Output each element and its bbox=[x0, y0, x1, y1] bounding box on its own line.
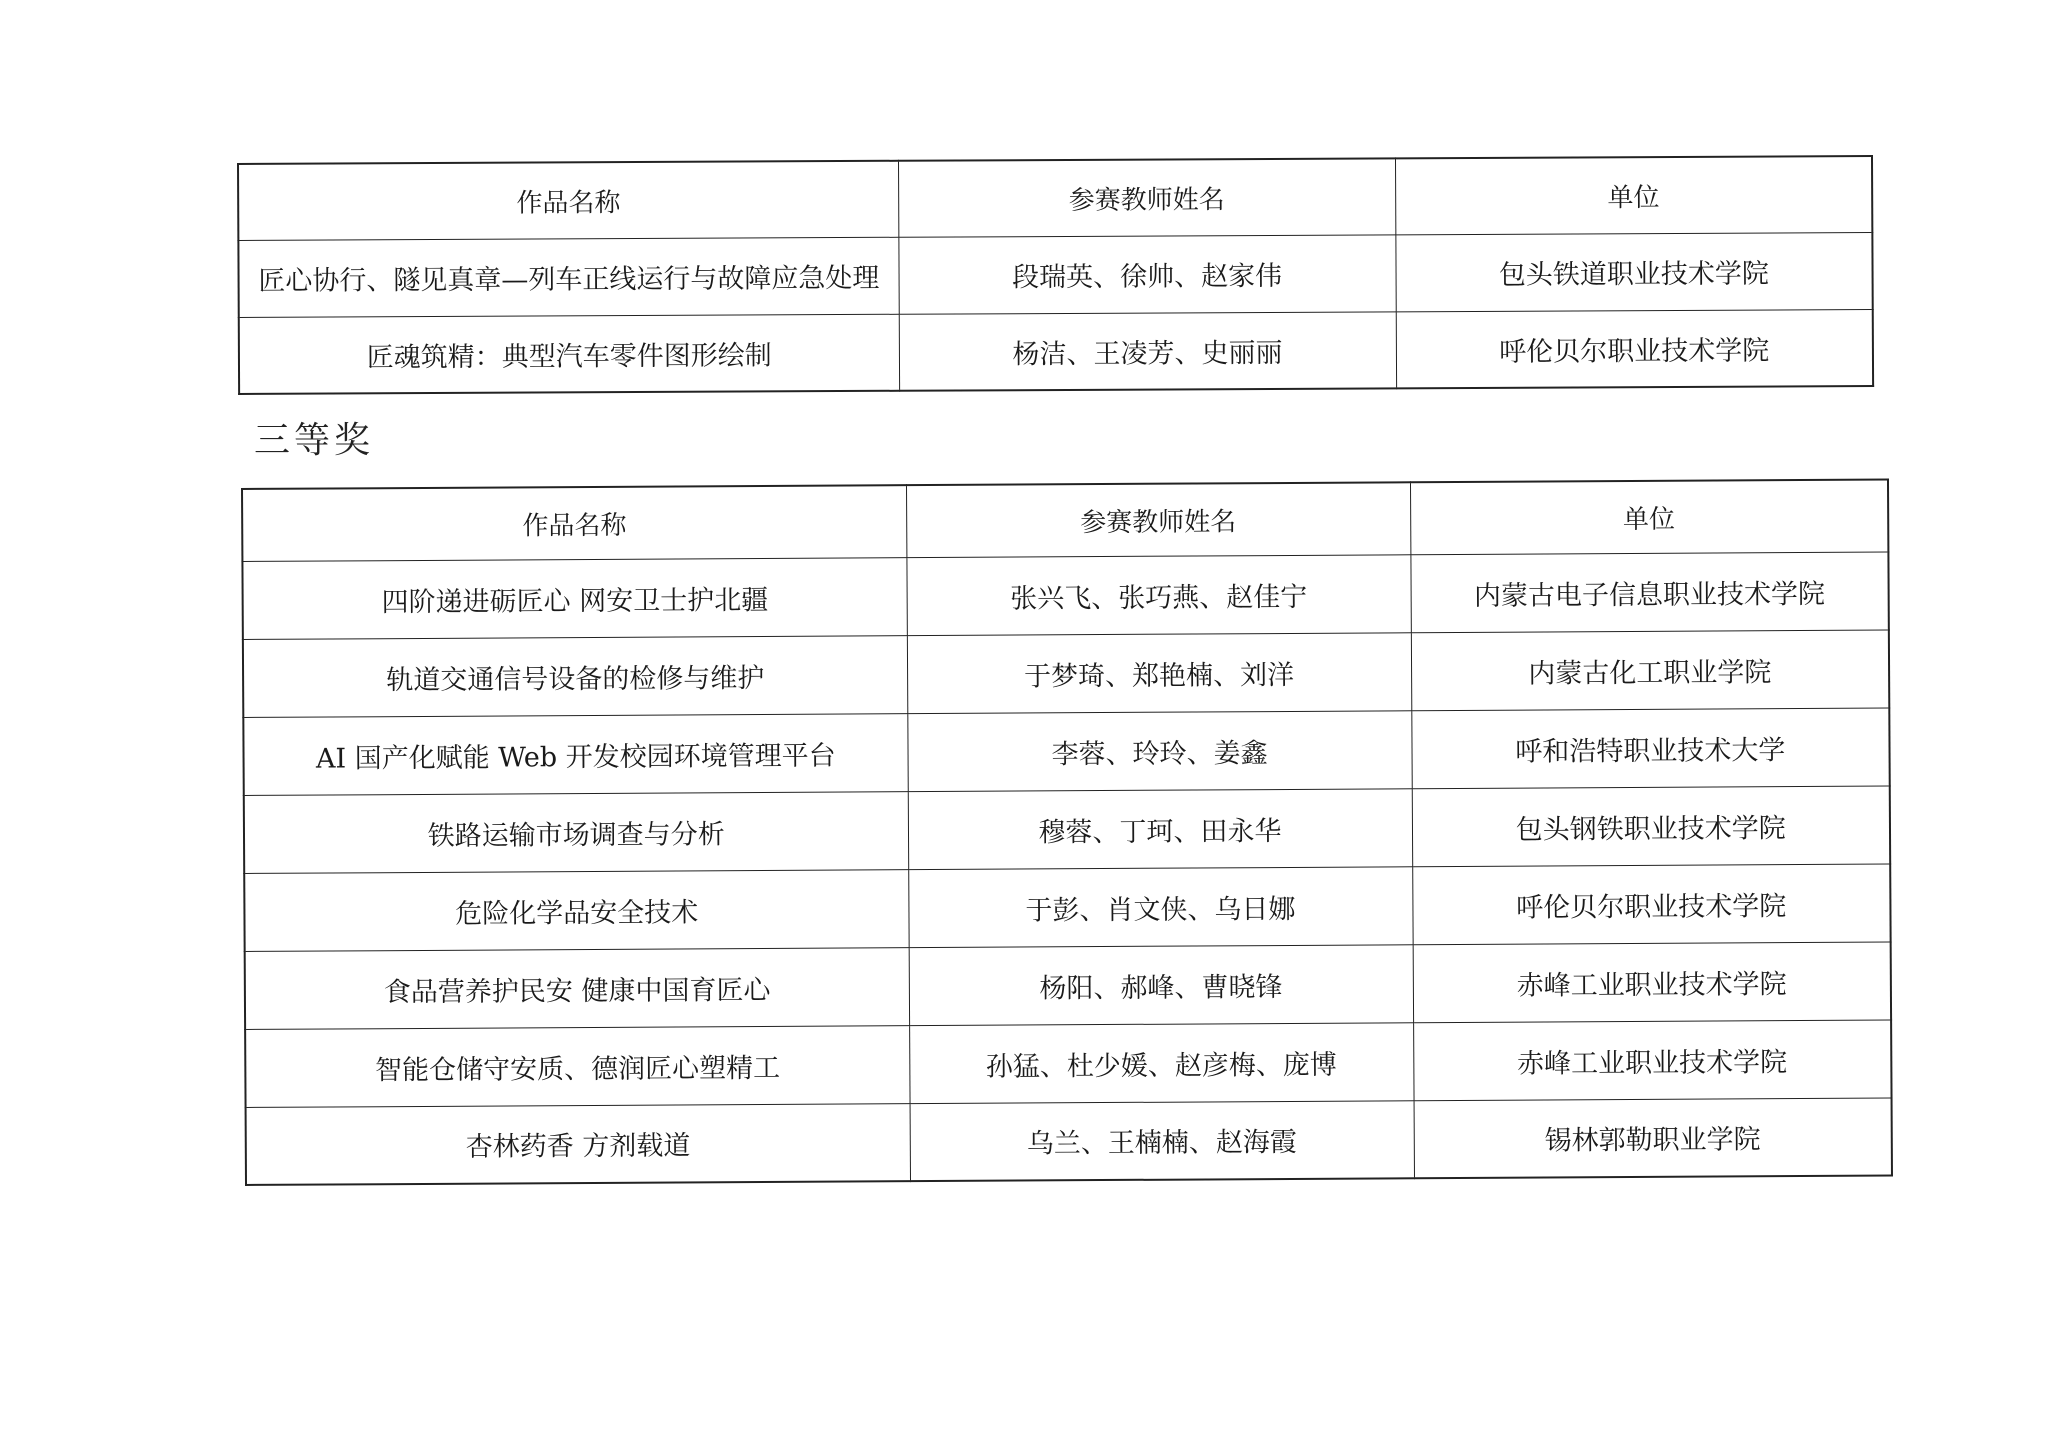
cell-unit: 赤峰工业职业技术学院 bbox=[1413, 1020, 1891, 1101]
header-teacher-names: 参赛教师姓名 bbox=[906, 482, 1410, 557]
cell-teacher-names: 于梦琦、郑艳楠、刘洋 bbox=[907, 632, 1411, 713]
table-row: AI 国产化赋能 Web 开发校园环境管理平台 李蓉、玲玲、姜鑫 呼和浩特职业技… bbox=[243, 708, 1889, 795]
cell-work-name: 四阶递进砺匠心 网安卫士护北疆 bbox=[242, 557, 906, 639]
cell-teacher-names: 乌兰、王楠楠、赵海霞 bbox=[910, 1100, 1414, 1181]
cell-work-name: AI 国产化赋能 Web 开发校园环境管理平台 bbox=[243, 713, 907, 795]
cell-unit: 内蒙古电子信息职业技术学院 bbox=[1410, 552, 1888, 633]
cell-work-name: 智能仓储守安质、德润匠心塑精工 bbox=[245, 1025, 909, 1107]
cell-teacher-names: 孙猛、杜少媛、赵彦梅、庞博 bbox=[909, 1022, 1413, 1103]
cell-teacher-names: 杨阳、郝峰、曹晓锋 bbox=[909, 944, 1413, 1025]
cell-teacher-names: 段瑞英、徐帅、赵家伟 bbox=[898, 234, 1395, 313]
cell-work-name: 铁路运输市场调查与分析 bbox=[244, 791, 908, 873]
table-row: 四阶递进砺匠心 网安卫士护北疆 张兴飞、张巧燕、赵佳宁 内蒙古电子信息职业技术学… bbox=[242, 552, 1888, 639]
cell-work-name: 食品营养护民安 健康中国育匠心 bbox=[245, 947, 909, 1029]
cell-work-name: 匠心协行、隧见真章—列车正线运行与故障应急处理 bbox=[238, 237, 898, 317]
document-page: 作品名称 参赛教师姓名 单位 匠心协行、隧见真章—列车正线运行与故障应急处理 段… bbox=[0, 0, 2048, 1448]
third-prize-table: 作品名称 参赛教师姓名 单位 四阶递进砺匠心 网安卫士护北疆 张兴飞、张巧燕、赵… bbox=[241, 479, 1893, 1186]
table-row: 匠心协行、隧见真章—列车正线运行与故障应急处理 段瑞英、徐帅、赵家伟 包头铁道职… bbox=[238, 232, 1872, 317]
table-row: 轨道交通信号设备的检修与维护 于梦琦、郑艳楠、刘洋 内蒙古化工职业学院 bbox=[243, 630, 1889, 717]
cell-work-name: 轨道交通信号设备的检修与维护 bbox=[243, 635, 907, 717]
table-header-row: 作品名称 参赛教师姓名 单位 bbox=[238, 156, 1872, 240]
cell-teacher-names: 杨洁、王凌芳、史丽丽 bbox=[899, 311, 1396, 390]
cell-unit: 包头铁道职业技术学院 bbox=[1395, 232, 1872, 311]
cell-unit: 内蒙古化工职业学院 bbox=[1411, 630, 1889, 711]
header-teacher-names: 参赛教师姓名 bbox=[898, 158, 1395, 236]
cell-unit: 呼伦贝尔职业技术学院 bbox=[1396, 309, 1873, 388]
cell-teacher-names: 于彭、肖文侠、乌日娜 bbox=[908, 866, 1412, 947]
table-row: 铁路运输市场调查与分析 穆蓉、丁珂、田永华 包头钢铁职业技术学院 bbox=[244, 786, 1890, 873]
table-row: 危险化学品安全技术 于彭、肖文侠、乌日娜 呼伦贝尔职业技术学院 bbox=[244, 864, 1890, 951]
header-work-name: 作品名称 bbox=[242, 485, 906, 561]
header-work-name: 作品名称 bbox=[238, 161, 898, 240]
table-row: 食品营养护民安 健康中国育匠心 杨阳、郝峰、曹晓锋 赤峰工业职业技术学院 bbox=[245, 942, 1891, 1029]
cell-unit: 包头钢铁职业技术学院 bbox=[1412, 786, 1890, 867]
cell-teacher-names: 李蓉、玲玲、姜鑫 bbox=[907, 710, 1411, 791]
table-row: 杏林药香 方剂载道 乌兰、王楠楠、赵海霞 锡林郭勒职业学院 bbox=[246, 1098, 1892, 1185]
cell-work-name: 匠魂筑精：典型汽车零件图形绘制 bbox=[239, 314, 899, 394]
cell-unit: 赤峰工业职业技术学院 bbox=[1413, 942, 1891, 1023]
header-unit: 单位 bbox=[1395, 156, 1872, 234]
header-unit: 单位 bbox=[1410, 480, 1888, 555]
cell-unit: 呼伦贝尔职业技术学院 bbox=[1412, 864, 1890, 945]
cell-teacher-names: 穆蓉、丁珂、田永华 bbox=[908, 788, 1412, 869]
cell-unit: 锡林郭勒职业学院 bbox=[1414, 1098, 1892, 1179]
cell-unit: 呼和浩特职业技术大学 bbox=[1411, 708, 1889, 789]
cell-work-name: 杏林药香 方剂载道 bbox=[246, 1103, 910, 1185]
cell-work-name: 危险化学品安全技术 bbox=[244, 869, 908, 951]
cell-teacher-names: 张兴飞、张巧燕、赵佳宁 bbox=[906, 554, 1410, 635]
table-row: 匠魂筑精：典型汽车零件图形绘制 杨洁、王凌芳、史丽丽 呼伦贝尔职业技术学院 bbox=[239, 309, 1873, 394]
table-row: 智能仓储守安质、德润匠心塑精工 孙猛、杜少媛、赵彦梅、庞博 赤峰工业职业技术学院 bbox=[245, 1020, 1891, 1107]
table-header-row: 作品名称 参赛教师姓名 单位 bbox=[242, 480, 1888, 561]
second-prize-table: 作品名称 参赛教师姓名 单位 匠心协行、隧见真章—列车正线运行与故障应急处理 段… bbox=[237, 155, 1874, 395]
third-prize-heading: 三等奖 bbox=[254, 412, 374, 463]
